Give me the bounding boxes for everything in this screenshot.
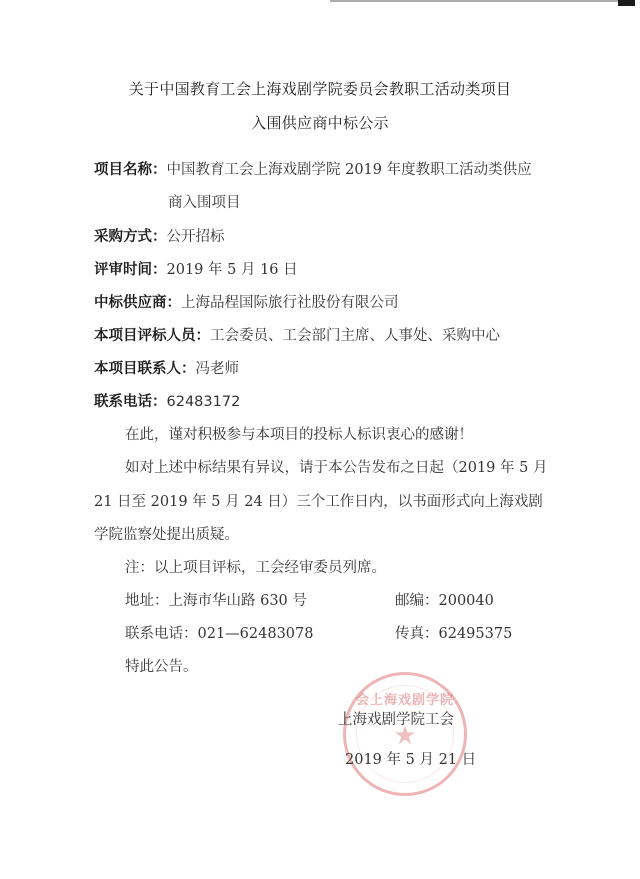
field-value: 2019 年 5 月 16 日: [167, 262, 298, 278]
field-label: 本项目评标人员：: [94, 328, 210, 344]
field-procurement-method: 采购方式：公开招标: [94, 228, 225, 246]
field-evaluators: 本项目评标人员：工会委员、工会部门主席、人事处、采购中心: [94, 327, 500, 345]
field-value: 62483172: [167, 394, 241, 410]
document-title-line-1: 关于中国教育工会上海戏剧学院委员会教职工活动类项目: [0, 78, 640, 99]
contact-postcode: 邮编：200040: [395, 592, 494, 610]
field-review-time: 评审时间：2019 年 5 月 16 日: [94, 261, 298, 279]
document-title-line-2: 入围供应商中标公示: [0, 112, 640, 133]
paragraph-thanks: 在此，谨对积极参与本项目的投标人标识衷心的感谢！: [125, 426, 473, 444]
paragraph-note: 注：以上项目评标，工会经审委员列席。: [125, 559, 386, 577]
seal-text: 会上海戏剧学院: [346, 689, 464, 708]
signature-organization: 上海戏剧学院工会: [338, 708, 454, 729]
field-value: 公开招标: [167, 229, 225, 245]
paragraph-objection-line-2: 21 日至 2019 年 5 月 24 日）三个工作日内，以书面形式向上海戏剧: [94, 493, 543, 511]
field-value: 冯老师: [196, 361, 240, 377]
field-contact-phone: 联系电话：62483172: [94, 393, 240, 411]
field-project-name-continued: 商入围项目: [168, 194, 241, 212]
field-value: 中国教育工会上海戏剧学院 2019 年度教职工活动类供应: [167, 162, 532, 178]
official-seal: 会上海戏剧学院 ★: [343, 672, 467, 796]
field-project-name: 项目名称：中国教育工会上海戏剧学院 2019 年度教职工活动类供应: [94, 161, 532, 179]
scan-corner-artifact: [618, 0, 635, 6]
field-label: 评审时间：: [94, 262, 167, 278]
paragraph-objection-line-1: 如对上述中标结果有异议，请于本公告发布之日起（2019 年 5 月: [125, 459, 547, 477]
field-contact-person: 本项目联系人：冯老师: [94, 360, 239, 378]
field-label: 本项目联系人：: [94, 361, 196, 377]
contact-address: 地址：上海市华山路 630 号: [125, 592, 307, 610]
field-label: 联系电话：: [94, 394, 167, 410]
signature-date: 2019 年 5 月 21 日: [345, 748, 476, 769]
field-value: 工会委员、工会部门主席、人事处、采购中心: [210, 328, 500, 344]
contact-phone: 联系电话：021—62483078: [125, 625, 313, 643]
paragraph-objection-line-3: 学院监察处提出质疑。: [94, 526, 239, 544]
field-value: 上海品程国际旅行社股份有限公司: [181, 295, 399, 311]
field-label: 采购方式：: [94, 229, 167, 245]
field-label: 项目名称：: [94, 162, 167, 178]
closing-statement: 特此公告。: [125, 658, 198, 676]
field-label: 中标供应商：: [94, 295, 181, 311]
field-value-continued: 商入围项目: [168, 195, 241, 211]
scan-edge-artifact: [330, 0, 620, 2]
field-winning-supplier: 中标供应商：上海品程国际旅行社股份有限公司: [94, 294, 399, 312]
contact-fax: 传真：62495375: [395, 625, 512, 643]
